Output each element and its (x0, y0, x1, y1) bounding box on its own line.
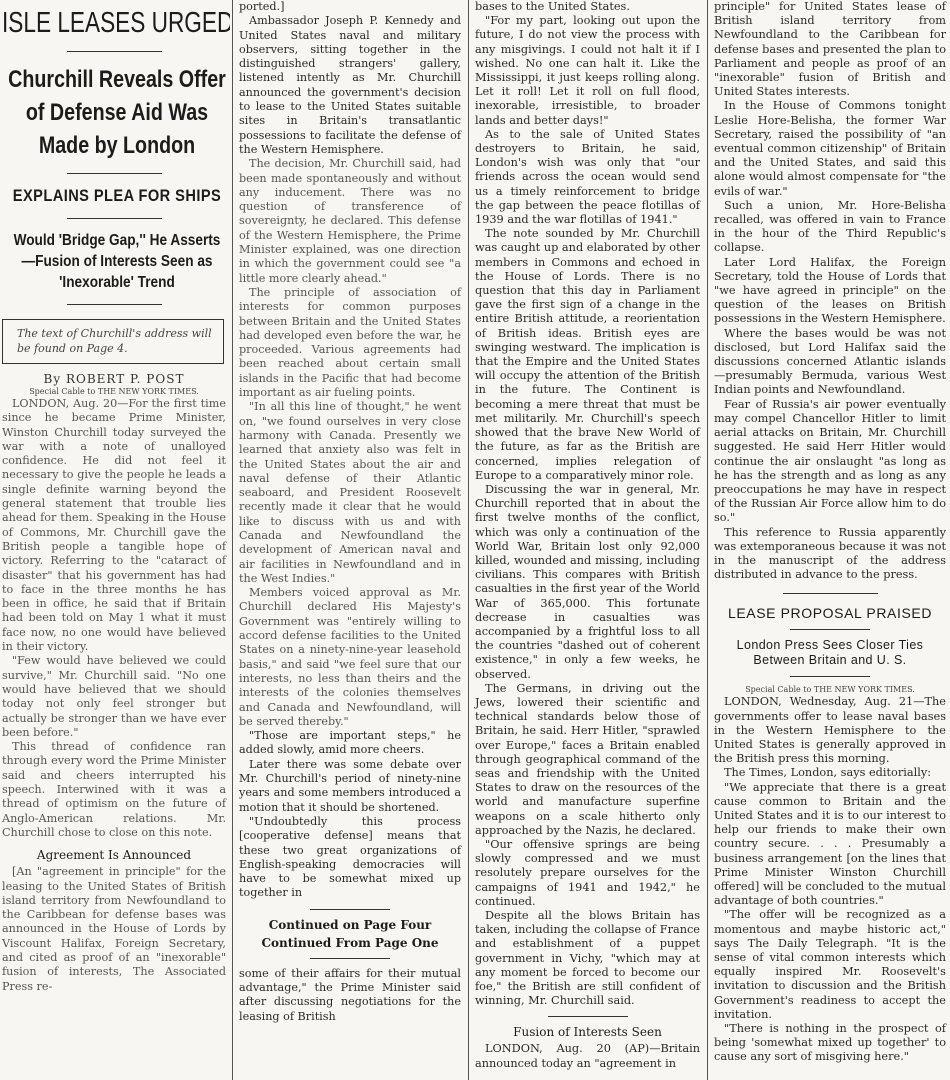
article-paragraph: "Undoubtedly this process [cooperative d… (239, 815, 461, 901)
headline-deck-3: Would 'Bridge Gap,'' He Asserts —Fusion … (5, 230, 229, 293)
article-paragraph: principle" for United States lease of Br… (714, 0, 946, 99)
divider (310, 909, 390, 910)
article-paragraph: Later Lord Halifax, the Foreign Secretar… (714, 256, 946, 327)
article-paragraph: Fear of Russia's air power eventually ma… (714, 398, 946, 526)
article-paragraph: LONDON, Aug. 20 (AP)—Britain announced t… (475, 1042, 700, 1070)
page-reference-note: The text of Churchill's address will be … (2, 319, 224, 364)
newspaper-page: ISLE LEASES URGED Churchill Reveals Offe… (0, 0, 950, 1080)
article-paragraph: The principle of association of interest… (239, 286, 461, 400)
article-paragraph: Ambassador Joseph P. Kennedy and United … (239, 14, 461, 157)
article-paragraph: Despite all the blows Britain has taken,… (475, 909, 700, 1008)
subhead: Fusion of Interests Seen (475, 1025, 700, 1039)
article-paragraph: some of their affairs for their mutual a… (239, 967, 461, 1024)
divider (67, 218, 162, 219)
article-paragraph: Members voiced approval as Mr. Churchill… (239, 586, 461, 729)
article-paragraph: In the House of Commons tonight Leslie H… (714, 99, 946, 198)
headline-deck-1: Churchill Reveals Offer of Defense Aid W… (5, 63, 228, 162)
cable-credit: Special Cable to THE NEW YORK TIMES. (714, 685, 946, 694)
column-4: principle" for United States lease of Br… (707, 0, 950, 1080)
article-paragraph: [An "agreement in principle" for the lea… (2, 865, 226, 994)
article-paragraph: The note sounded by Mr. Churchill was ca… (475, 227, 700, 483)
article-paragraph: As to the sale of United States destroye… (475, 128, 700, 227)
article-paragraph: "Our offensive springs are being slowly … (475, 838, 700, 909)
article-paragraph: ported.] (239, 0, 461, 14)
cable-credit: Special Cable to THE NEW YORK TIMES. (2, 387, 226, 396)
article-paragraph: Such a union, Mr. Hore-Belisha recalled,… (714, 199, 946, 256)
article-paragraph: "Those are important steps," he added sl… (239, 729, 461, 758)
continued-from-label: Continued From Page One (239, 936, 461, 950)
article-paragraph: The Times, London, says editorially: (714, 766, 946, 780)
divider (67, 173, 162, 174)
byline: By ROBERT P. POST (2, 372, 226, 386)
divider (783, 593, 878, 594)
divider (67, 51, 162, 52)
article-paragraph: "Few would have believed we could surviv… (2, 654, 226, 740)
article-paragraph: "In all this line of thought," he went o… (239, 400, 461, 586)
second-story-deck: London Press Sees Closer Ties Between Br… (714, 638, 946, 668)
continued-on-label: Continued on Page Four (239, 918, 461, 932)
subhead: Agreement Is Announced (2, 848, 226, 862)
column-1: ISLE LEASES URGED Churchill Reveals Offe… (0, 0, 230, 1080)
article-paragraph: "There is nothing in the prospect of bei… (714, 1022, 946, 1065)
article-paragraph: LONDON, Aug. 20—For the first time since… (2, 397, 226, 654)
column-2: ported.] Ambassador Joseph P. Kennedy an… (232, 0, 466, 1080)
article-paragraph: This thread of confidence ran through ev… (2, 740, 226, 840)
divider (67, 304, 162, 305)
article-paragraph: The decision, Mr. Churchill said, had be… (239, 157, 461, 286)
article-paragraph: "The offer will be recognized as a momen… (714, 908, 946, 1022)
column-3: bases to the United States. "For my part… (468, 0, 705, 1080)
main-headline: ISLE LEASES URGED (2, 6, 228, 40)
divider (548, 1016, 628, 1017)
article-paragraph: The Germans, in driving out the Jews, lo… (475, 682, 700, 838)
article-paragraph: bases to the United States. (475, 0, 700, 14)
divider (790, 676, 870, 677)
headline-deck-2: EXPLAINS PLEA FOR SHIPS (4, 185, 229, 207)
article-paragraph: Where the bases would be was not disclos… (714, 327, 946, 398)
article-paragraph: LONDON, Wednesday, Aug. 21—The governmen… (714, 695, 946, 766)
article-paragraph: "For my part, looking out upon the futur… (475, 14, 700, 128)
article-paragraph: Later there was some debate over Mr. Chu… (239, 758, 461, 815)
article-paragraph: Discussing the war in general, Mr. Churc… (475, 483, 700, 682)
second-story-headline: LEASE PROPOSAL PRAISED (714, 605, 946, 621)
article-paragraph: "We appreciate that there is a great cau… (714, 781, 946, 909)
article-paragraph: This reference to Russia apparently was … (714, 526, 946, 583)
divider (790, 629, 870, 630)
divider (310, 958, 390, 959)
